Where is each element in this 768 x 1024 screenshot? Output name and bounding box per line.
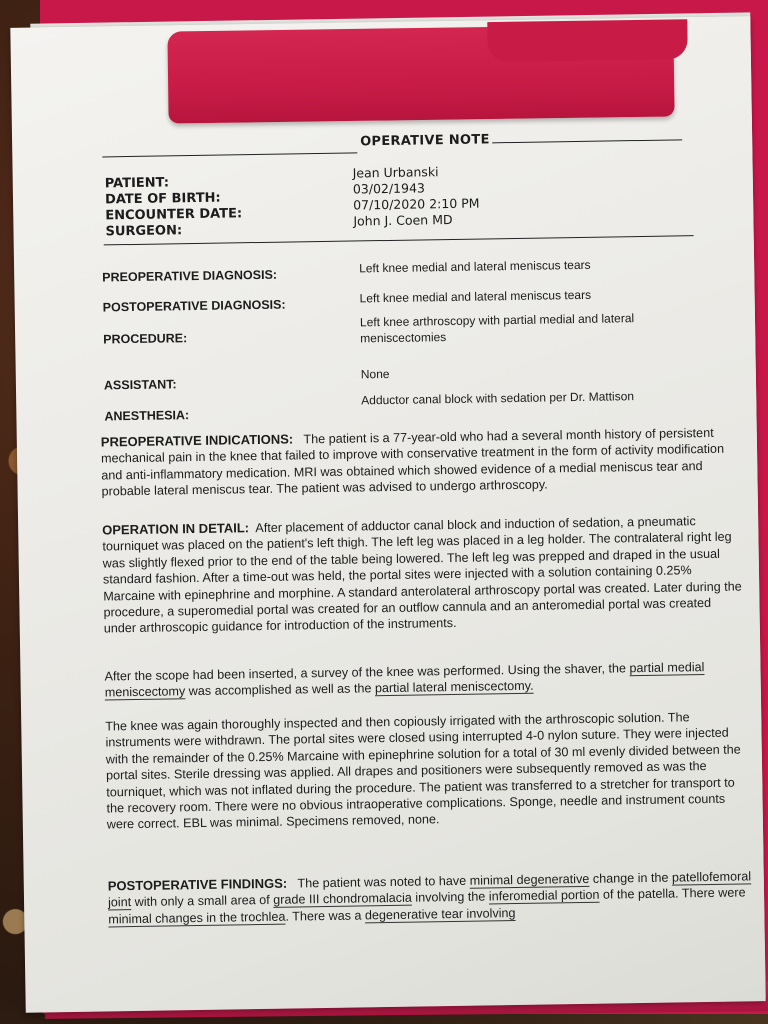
procedure-label: PROCEDURE: bbox=[103, 331, 187, 346]
title-row: OPERATIVE NOTE bbox=[102, 129, 692, 158]
assistant-value: None bbox=[361, 361, 691, 382]
title-rule-right bbox=[492, 139, 682, 143]
patient-value: Jean Urbanski bbox=[353, 164, 439, 180]
findings-text: with only a small area of bbox=[131, 893, 273, 909]
operation-detail-paragraph: OPERATION IN DETAIL: After placement of … bbox=[102, 512, 744, 637]
underlined-finding: minimal degenerative bbox=[470, 872, 590, 888]
header-rule bbox=[104, 235, 694, 245]
underlined-finding: degenerative tear involving bbox=[365, 906, 516, 922]
encounter-date-value: 07/10/2020 2:10 PM bbox=[353, 196, 480, 213]
document-title: OPERATIVE NOTE bbox=[360, 132, 490, 149]
document-content: OPERATIVE NOTE PATIENT: Jean Urbanski DA… bbox=[10, 16, 765, 1013]
clip-neck bbox=[487, 19, 688, 62]
clipboard-clip bbox=[167, 24, 674, 123]
scope-text-2: was accomplished as well as the bbox=[185, 682, 375, 699]
postop-diagnosis-value: Left knee medial and lateral meniscus te… bbox=[359, 285, 689, 306]
surgeon-label: SURGEON: bbox=[105, 223, 182, 239]
postop-diagnosis-label: POSTOPERATIVE DIAGNOSIS: bbox=[103, 298, 286, 315]
dob-label: DATE OF BIRTH: bbox=[105, 191, 221, 208]
postop-findings-heading: POSTOPERATIVE FINDINGS: bbox=[108, 876, 288, 894]
preop-diagnosis-value: Left knee medial and lateral meniscus te… bbox=[359, 255, 689, 276]
preop-diagnosis-label: PREOPERATIVE DIAGNOSIS: bbox=[102, 268, 277, 285]
operative-note-page: OPERATIVE NOTE PATIENT: Jean Urbanski DA… bbox=[10, 16, 765, 1013]
scope-text-1: After the scope had been inserted, a sur… bbox=[104, 661, 629, 683]
dob-value: 03/02/1943 bbox=[353, 180, 425, 196]
findings-text: of the patella. There were bbox=[599, 886, 745, 902]
title-rule-left bbox=[102, 152, 357, 157]
patient-label: PATIENT: bbox=[105, 175, 169, 191]
underlined-finding: grade III chondromalacia bbox=[273, 891, 412, 907]
underlined-finding: minimal changes in the trochlea bbox=[108, 909, 285, 926]
surgeon-value: John J. Coen MD bbox=[353, 212, 452, 229]
underlined-lateral-meniscectomy: partial lateral meniscectomy. bbox=[375, 679, 534, 695]
preop-indications-paragraph: PREOPERATIVE INDICATIONS: The patient is… bbox=[101, 424, 742, 500]
underlined-finding: inferomedial portion bbox=[489, 888, 600, 904]
closing-paragraph: The knee was again thoroughly inspected … bbox=[105, 708, 747, 833]
findings-text: change in the bbox=[589, 871, 672, 886]
assistant-label: ASSISTANT: bbox=[104, 377, 177, 392]
anesthesia-value: Adductor canal block with sedation per D… bbox=[361, 387, 721, 409]
encounter-date-label: ENCOUNTER DATE: bbox=[105, 206, 242, 223]
findings-text: . There was a bbox=[285, 908, 365, 923]
operation-detail-heading: OPERATION IN DETAIL: bbox=[102, 520, 249, 537]
procedure-value: Left knee arthroscopy with partial media… bbox=[360, 309, 690, 346]
anesthesia-label: ANESTHESIA: bbox=[104, 408, 189, 423]
preop-indications-heading: PREOPERATIVE INDICATIONS: bbox=[101, 431, 294, 449]
postop-findings-paragraph: POSTOPERATIVE FINDINGS: The patient was … bbox=[108, 868, 768, 928]
scope-paragraph: After the scope had been inserted, a sur… bbox=[104, 658, 744, 701]
findings-text: involving the bbox=[412, 890, 489, 905]
findings-text: The patient was noted to have bbox=[297, 874, 469, 891]
